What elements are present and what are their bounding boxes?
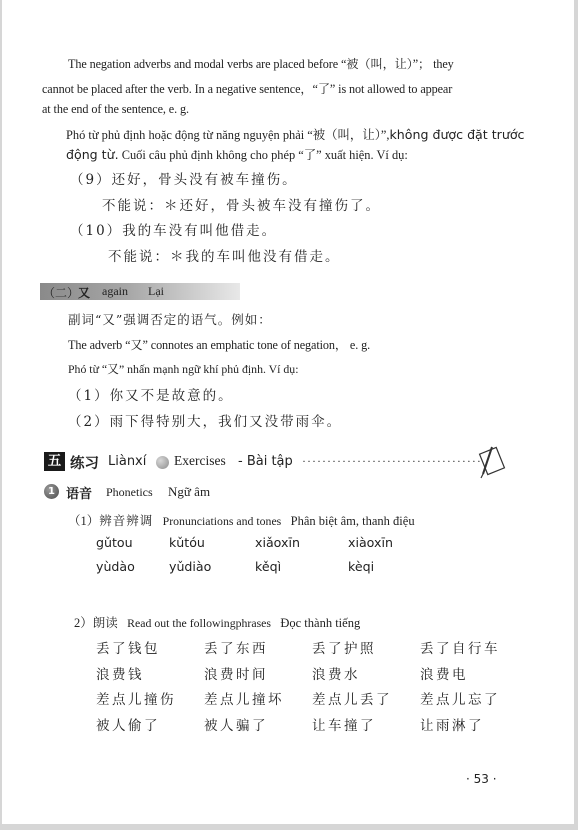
phrase-cell: 差点儿撞坏 (204, 688, 284, 708)
pencil-paper-icon (474, 444, 508, 480)
example-9: （9）还好，骨头没有被车撞伤。 (70, 168, 298, 188)
you-english-desc: The adverb “又” connotes an emphatic tone… (68, 336, 370, 353)
phrase-cell: 丢了东西 (204, 637, 268, 657)
phrase-cell: 浪费水 (312, 663, 360, 683)
exercises-title-vi: - Bài tập (238, 454, 293, 469)
part1-title-en: Phonetics (106, 485, 153, 500)
example-10-wrong: 不能说：＊我的车叫他没有借走。 (108, 245, 341, 265)
pinyin-cell: kèqi (348, 559, 374, 574)
phrase-cell: 让雨淋了 (420, 714, 484, 734)
book-page: The negation adverbs and modal verbs are… (2, 0, 574, 824)
phrase-cell: 差点儿忘了 (420, 688, 500, 708)
example-10: （10）我的车没有叫他借走。 (70, 219, 277, 239)
pinyin-cell: xiǎoxīn (255, 535, 300, 550)
note-vietnamese-line-1: Phó từ phủ định hoặc động từ năng nguyện… (66, 125, 524, 143)
phrase-cell: 被人骗了 (204, 714, 268, 734)
exercises-title-pinyin: Liànxí (108, 454, 146, 469)
section-header-you: （二） 又 again Lại (40, 283, 240, 300)
sub1-heading: （1）辨音辨调 Pronunciations and tones Phân bi… (68, 511, 415, 529)
phrase-cell: 浪费电 (420, 663, 468, 683)
note-english-line-1: The negation adverbs and modal verbs are… (68, 55, 454, 72)
you-vietnamese-desc: Phó từ “又” nhấn mạnh ngữ khí phủ định. V… (68, 360, 298, 377)
phrase-cell: 丢了护照 (312, 637, 376, 657)
you-chinese-desc: 副词“又”强调否定的语气。例如： (68, 310, 272, 328)
sub2-heading: 2）朗读 Read out the followingphrases Đọc t… (74, 613, 360, 631)
pinyin-cell: kěqì (255, 559, 281, 574)
exercises-title-cn: 练习 (70, 452, 99, 473)
you-example-1: （1）你又不是故意的。 (68, 384, 234, 404)
note-english-line-3: at the end of the sentence, e. g. (42, 102, 189, 117)
phrase-cell: 差点儿撞伤 (96, 688, 176, 708)
phrase-cell: 浪费钱 (96, 663, 144, 683)
example-9-wrong: 不能说：＊还好，骨头被车没有撞伤了。 (102, 194, 381, 214)
pinyin-cell: xiàoxīn (348, 535, 393, 550)
pinyin-cell: yùdào (96, 559, 135, 574)
phrase-cell: 丢了自行车 (420, 637, 500, 657)
pinyin-cell: gǔtou (96, 535, 133, 550)
you-example-2: （2）雨下得特别大，我们又没带雨伞。 (68, 410, 342, 430)
phrase-cell: 被人偷了 (96, 714, 160, 734)
part-number-circle: 1 (44, 484, 59, 499)
pinyin-cell: kǔtóu (169, 535, 205, 550)
phrase-cell: 浪费时间 (204, 663, 268, 683)
part1-title-cn: 语音 (66, 483, 92, 502)
leader-dots: ···································· (302, 454, 482, 469)
phrase-cell: 丢了钱包 (96, 637, 160, 657)
exercises-title-en: Exercises (174, 453, 226, 469)
pinyin-cell: yǔdiào (169, 559, 211, 574)
phrase-cell: 差点儿丢了 (312, 688, 392, 708)
section-number-box: 五 (44, 452, 65, 471)
bullet-dot-icon (156, 456, 169, 469)
part1-title-vi: Ngữ âm (168, 484, 210, 500)
note-english-line-2: cannot be placed after the verb. In a ne… (42, 80, 452, 97)
note-vietnamese-line-2: động từ. Cuối câu phủ định không cho phé… (66, 145, 408, 163)
page-number: · 53 · (466, 772, 497, 786)
phrase-cell: 让车撞了 (312, 714, 376, 734)
